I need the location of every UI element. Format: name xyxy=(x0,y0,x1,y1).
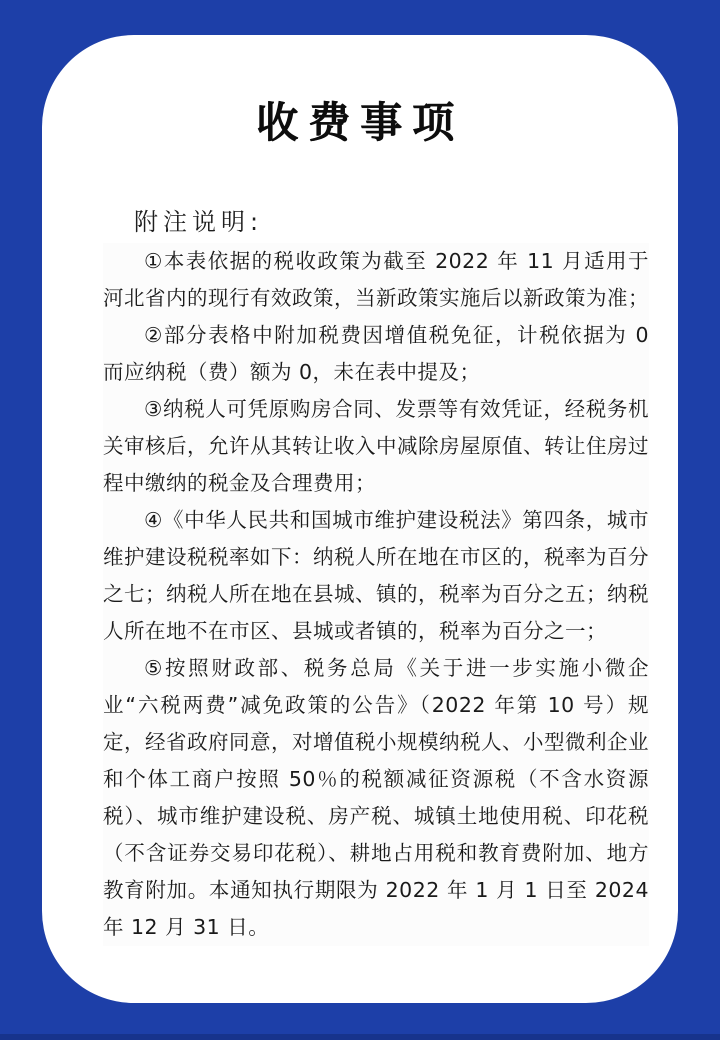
page-background: 收费事项 附注说明: ①本表依据的税收政策为截至 2022 年 11 月适用于河… xyxy=(0,0,720,1040)
page-title: 收费事项 xyxy=(42,90,678,150)
note-paragraph-3: ③纳税人可凭原购房合同、发票等有效凭证，经税务机关审核后，允许从其转让收入中减除… xyxy=(103,391,649,502)
bottom-edge-strip xyxy=(0,1034,720,1040)
section-heading: 附注说明: xyxy=(134,202,678,237)
document-card: 收费事项 附注说明: ①本表依据的税收政策为截至 2022 年 11 月适用于河… xyxy=(42,35,678,1003)
note-paragraph-1: ①本表依据的税收政策为截至 2022 年 11 月适用于河北省内的现行有效政策，… xyxy=(103,243,649,317)
note-paragraph-2: ②部分表格中附加税费因增值税免征，计税依据为 0 而应纳税（费）额为 0，未在表… xyxy=(103,317,649,391)
note-paragraph-4: ④《中华人民共和国城市维护建设税法》第四条，城市维护建设税税率如下：纳税人所在地… xyxy=(103,502,649,650)
notes-block: ①本表依据的税收政策为截至 2022 年 11 月适用于河北省内的现行有效政策，… xyxy=(103,243,649,946)
note-paragraph-5: ⑤按照财政部、税务总局《关于进一步实施小微企业“六税两费”减免政策的公告》（20… xyxy=(103,650,649,946)
